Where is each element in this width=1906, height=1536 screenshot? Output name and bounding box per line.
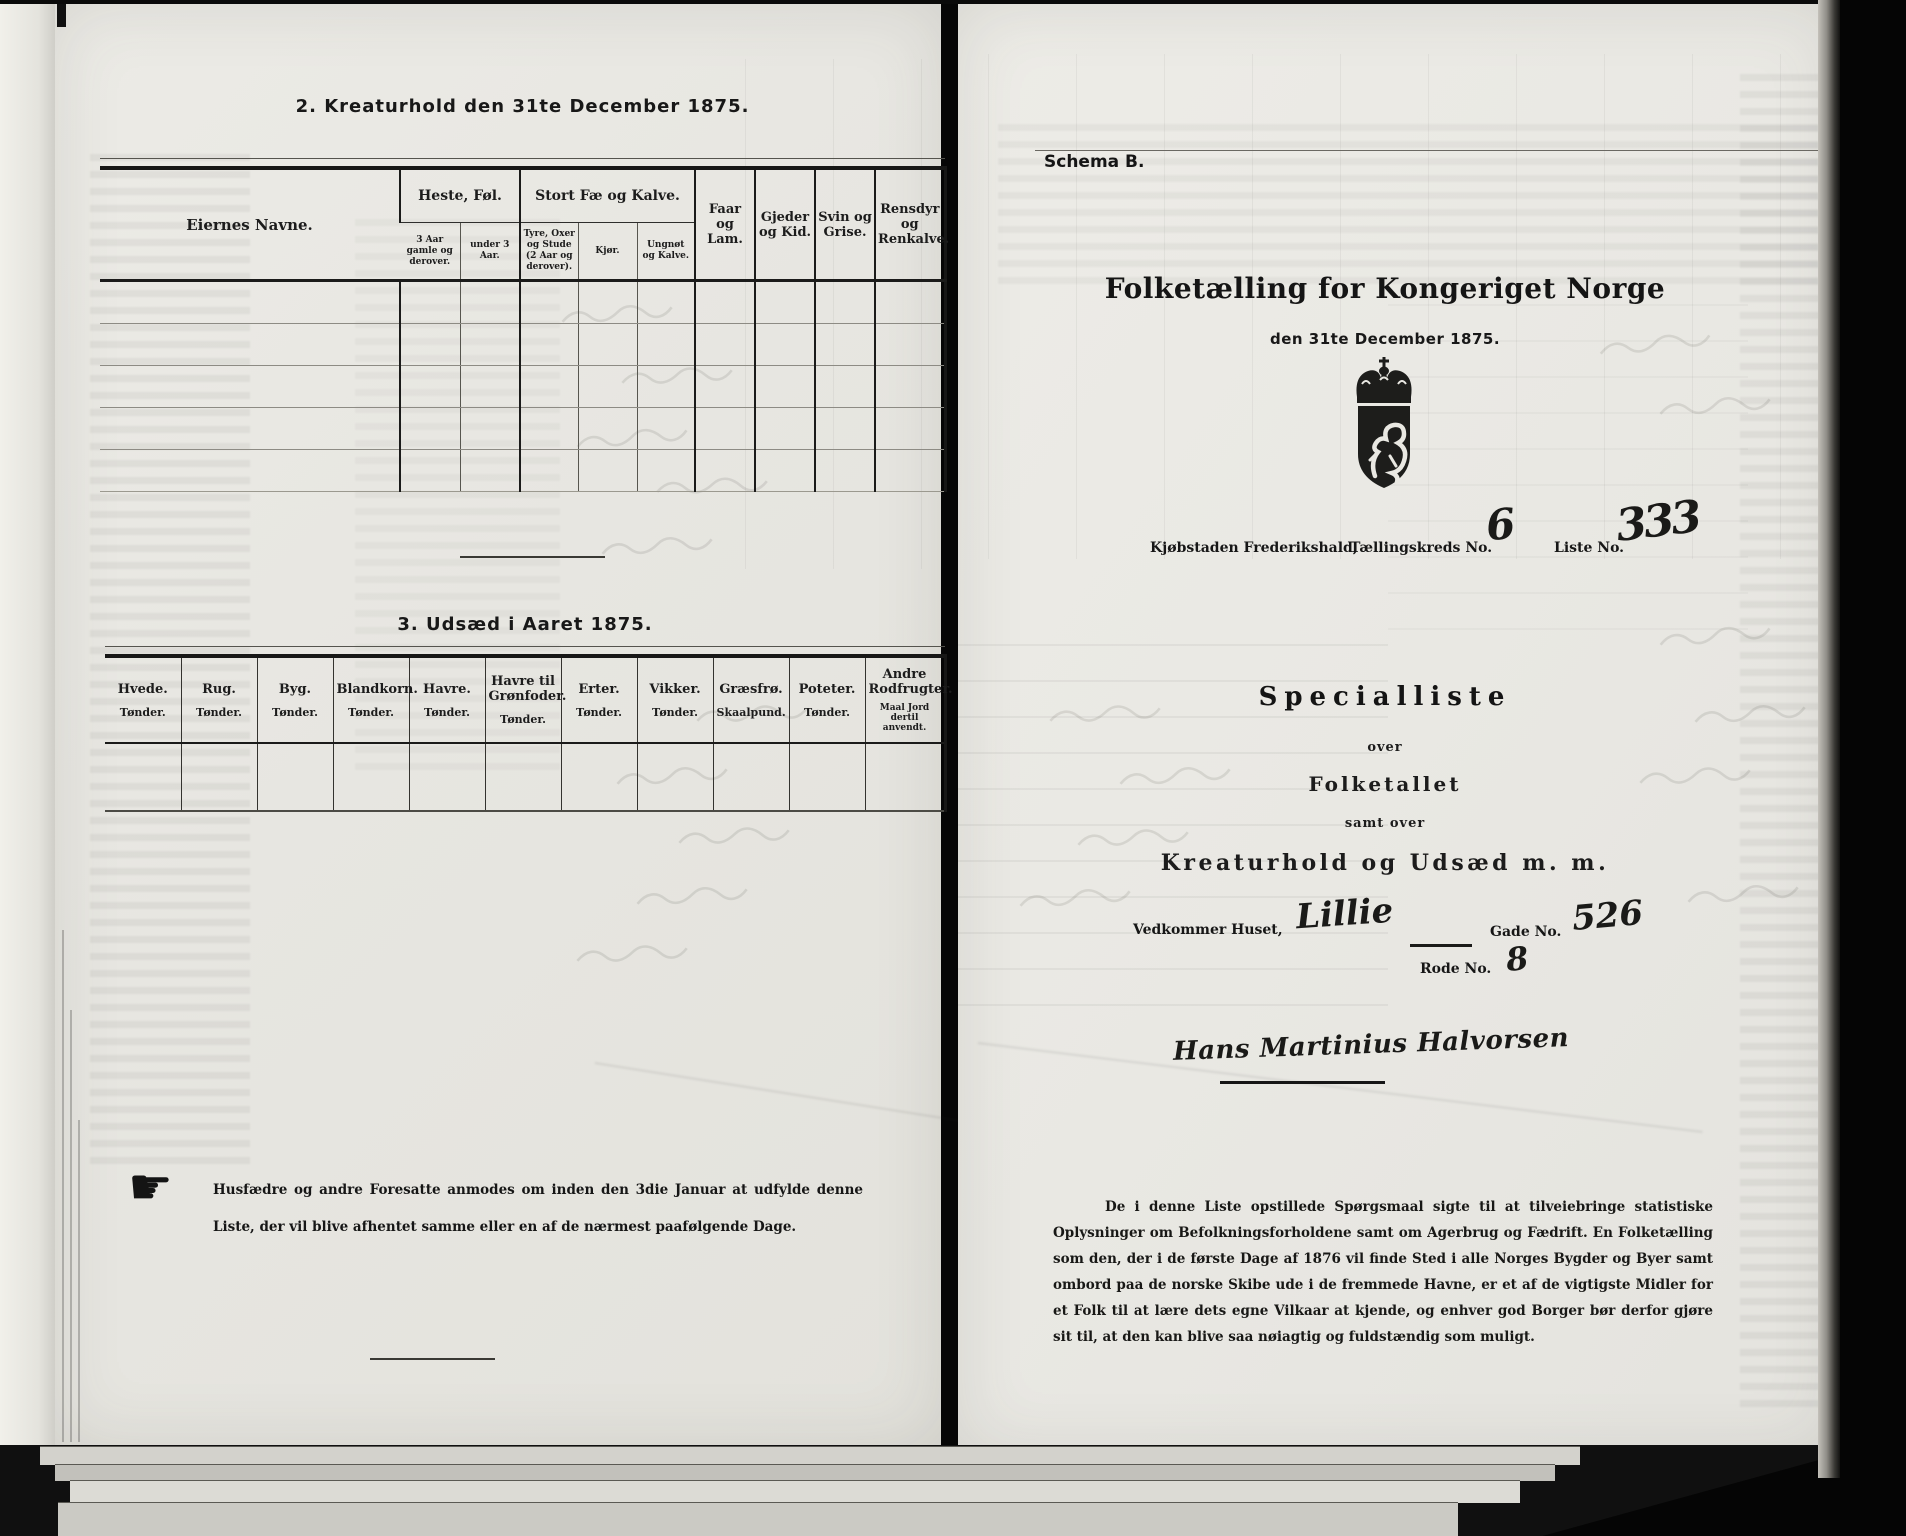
empty-cell [520, 324, 578, 366]
ghost-handwriting [574, 939, 690, 969]
house-name-handwritten: Lillie [1295, 891, 1395, 938]
udsaed-col-havre-gronfoder: Havre til Grønfoder.Tønder. [485, 656, 561, 743]
empty-cell [520, 450, 578, 492]
empty-cell [400, 408, 460, 450]
page-stack-edge [55, 1464, 1555, 1481]
empty-cell [695, 281, 755, 324]
date-line: den 31te December 1875. [958, 330, 1812, 348]
col-group-horses: Heste, Føl. [400, 168, 520, 223]
manicule-icon: ☛ [128, 1162, 173, 1212]
info-paragraph: De i denne Liste opstillede Spørgsmaal s… [1053, 1194, 1713, 1350]
empty-cell [637, 366, 695, 408]
udsaed-col-graesfro: Græsfrø.Skaalpund. [713, 656, 789, 743]
empty-cell [520, 281, 578, 324]
empty-cell [875, 366, 945, 408]
empty-cell [400, 324, 460, 366]
col-header-horses-young: under 3 Aar. [460, 223, 520, 281]
empty-cell [637, 281, 695, 324]
empty-cell [181, 743, 257, 811]
signature-underline [1220, 1081, 1385, 1084]
empty-cell [520, 366, 578, 408]
empty-cell [520, 408, 578, 450]
empty-cell [400, 366, 460, 408]
udsaed-col-blandkorn: Blandkorn.Tønder. [333, 656, 409, 743]
empty-cell [695, 450, 755, 492]
col-header-sheep: Faar og Lam. [695, 168, 755, 281]
left-page: 2. Kreaturhold den 31te December 1875. E… [55, 4, 941, 1446]
empty-cell [100, 281, 400, 324]
empty-cell [637, 324, 695, 366]
empty-cell [755, 281, 815, 324]
empty-cell [755, 450, 815, 492]
bleed-through-texture [1388, 304, 1748, 644]
empty-cell [789, 743, 865, 811]
empty-cell [460, 324, 520, 366]
empty-cell [100, 366, 400, 408]
norway-coat-of-arms-icon [1345, 356, 1423, 492]
empty-cell [578, 408, 637, 450]
udsaed-col-poteter: Poteter.Tønder. [789, 656, 865, 743]
empty-cell [755, 366, 815, 408]
udsaed-title: 3. Udsæd i Aaret 1875. [105, 614, 945, 635]
empty-cell [815, 366, 875, 408]
street-number-handwritten: 526 [1570, 893, 1644, 939]
empty-cell [400, 450, 460, 492]
scan-left-margin [0, 0, 55, 1450]
empty-cell [105, 743, 181, 811]
page-edge-highlight [1818, 0, 1840, 1478]
empty-cell [637, 743, 713, 811]
page-stack-edge [58, 1502, 1458, 1536]
schema-label: Schema B. [1044, 152, 1144, 172]
scan-artifact [57, 0, 66, 27]
rode-number-handwritten: 8 [1504, 939, 1530, 979]
table-rule [105, 646, 945, 647]
empty-cell [637, 408, 695, 450]
empty-cell [257, 743, 333, 811]
empty-cell [755, 408, 815, 450]
house-label: Vedkommer Huset, [1133, 922, 1283, 938]
col-group-cattle: Stort Fæ og Kalve. [520, 168, 695, 223]
subtitle-over: over [958, 740, 1812, 755]
page-stack-edge [70, 1010, 72, 1442]
col-header-owner: Eiernes Navne. [100, 168, 400, 281]
empty-cell [460, 450, 520, 492]
empty-cell [100, 324, 400, 366]
page-stack-edge [78, 1120, 80, 1442]
empty-cell [100, 408, 400, 450]
subtitle-kreaturhold: Kreaturhold og Udsæd m. m. [958, 850, 1812, 876]
page-stack-edge [40, 1446, 1580, 1465]
page-stack-edge [70, 1480, 1520, 1503]
rode-label: Rode No. [1420, 961, 1491, 977]
subtitle-folketallet: Folketallet [958, 772, 1812, 796]
page-gutter [941, 4, 959, 1452]
empty-cell [460, 366, 520, 408]
right-page: Schema B. Folketælling for Kongeriget No… [958, 4, 1838, 1456]
empty-cell [578, 324, 637, 366]
empty-cell [713, 743, 789, 811]
empty-cell [875, 408, 945, 450]
handwritten-dash [1410, 944, 1472, 947]
list-number-handwritten: 333 [1613, 491, 1701, 552]
street-label: Gade No. [1490, 924, 1561, 940]
empty-cell [875, 450, 945, 492]
empty-cell [755, 324, 815, 366]
udsaed-col-rug: Rug.Tønder. [181, 656, 257, 743]
empty-cell [333, 743, 409, 811]
empty-cell [578, 366, 637, 408]
ghost-handwriting [676, 821, 792, 851]
col-header-horses-old: 3 Aar gamle og derover. [400, 223, 460, 281]
udsaed-table: Hvede.Tønder. Rug.Tønder. Byg.Tønder. Bl… [105, 654, 947, 812]
bleed-through-texture [998, 124, 1818, 289]
list-label: Liste No. [1554, 540, 1624, 556]
col-header-pigs: Svin og Grise. [815, 168, 875, 281]
empty-cell [815, 324, 875, 366]
separator-rule [460, 556, 605, 558]
empty-cell [815, 408, 875, 450]
empty-cell [695, 324, 755, 366]
ghost-handwriting [599, 530, 715, 562]
udsaed-col-rodfrugter: Andre Rodfrugter.Maal Jord dertil anvend… [865, 656, 945, 743]
empty-cell [578, 281, 637, 324]
empty-cell [578, 450, 637, 492]
empty-cell [815, 281, 875, 324]
col-header-reindeer: Rensdyr og Renkalve. [875, 168, 945, 281]
empty-cell [460, 408, 520, 450]
col-header-oxen: Tyre, Oxer og Stude (2 Aar og derover). [520, 223, 578, 281]
scan-right-edge [1840, 0, 1906, 1536]
col-header-goats: Gjeder og Kid. [755, 168, 815, 281]
census-scan: { "colors": { "paper": "#e9e8e3", "ink":… [0, 0, 1906, 1536]
empty-cell [875, 324, 945, 366]
empty-cell [400, 281, 460, 324]
page-stack-edge [62, 930, 64, 1442]
page-title: Folketælling for Kongeriget Norge [958, 272, 1812, 305]
empty-cell [865, 743, 945, 811]
empty-cell [695, 366, 755, 408]
udsaed-col-byg: Byg.Tønder. [257, 656, 333, 743]
udsaed-col-hvede: Hvede.Tønder. [105, 656, 181, 743]
ghost-handwriting [634, 880, 750, 912]
empty-cell [695, 408, 755, 450]
empty-cell [460, 281, 520, 324]
subtitle-specialliste: Specialliste [958, 682, 1812, 712]
location-label: Kjøbstaden Frederikshald, [1150, 540, 1358, 556]
udsaed-col-erter: Erter.Tønder. [561, 656, 637, 743]
footnote-text: Husfædre og andre Foresatte anmodes om i… [213, 1172, 863, 1246]
kreaturhold-table: Eiernes Navne. Heste, Føl. Stort Fæ og K… [100, 166, 947, 492]
empty-cell [875, 281, 945, 324]
district-label: Tællingskreds No. [1350, 540, 1492, 556]
udsaed-col-havre: Havre.Tønder. [409, 656, 485, 743]
header-rule [1035, 150, 1838, 151]
empty-cell [100, 450, 400, 492]
empty-cell [815, 450, 875, 492]
signature-handwritten: Hans Martinius Halvorsen [1173, 1023, 1570, 1067]
col-header-cows: Kjør. [578, 223, 637, 281]
table-rule [100, 158, 945, 159]
col-header-calves: Ungnøt og Kalve. [637, 223, 695, 281]
empty-cell [409, 743, 485, 811]
empty-cell [561, 743, 637, 811]
empty-cell [637, 450, 695, 492]
subtitle-samt-over: samt over [958, 816, 1812, 831]
district-number-handwritten: 6 [1484, 499, 1518, 551]
bottom-rule [370, 1358, 495, 1360]
udsaed-col-vikker: Vikker.Tønder. [637, 656, 713, 743]
kreaturhold-title: 2. Kreaturhold den 31te December 1875. [100, 96, 945, 117]
empty-cell [485, 743, 561, 811]
